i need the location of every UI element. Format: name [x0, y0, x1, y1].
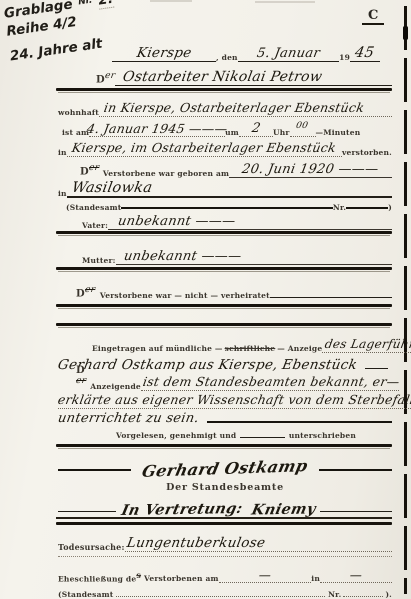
scan-artifact: [255, 1, 315, 3]
father-row: Vater: unbekannt ———: [82, 210, 392, 230]
birth-place-row: in Wasilowka: [58, 176, 392, 198]
residence-row: wohnhaft in Kierspe, Ostarbeiterlager Eb…: [58, 97, 392, 117]
death-hour: 2: [250, 121, 261, 136]
deputy-signature: Kniemy: [246, 500, 321, 518]
birth-date: 20. Juni 1920 ———: [241, 162, 380, 177]
unterschrieben-label: unterschrieben: [289, 431, 356, 440]
deputy-signature-row: In Vertretung: Kniemy: [58, 492, 392, 518]
blank-line: [270, 297, 392, 298]
birth-row: Der Verstorbene war geboren am 20. Juni …: [80, 158, 392, 178]
section-rule-echo: [58, 235, 390, 236]
deceased-name-row: Der Ostarbeiter Nikolai Petrow: [96, 62, 392, 86]
dateline-row: Kierspe , den 5. Januar 19 45: [112, 38, 380, 62]
in-label: in: [311, 574, 320, 583]
death-place-row: in Kierspe, im Ostarbeiterlager Ebenstüc…: [58, 137, 392, 157]
residence-label: wohnhaft: [58, 108, 99, 117]
paren-close: ).: [385, 590, 392, 599]
age-note: 24. Jahre alt: [9, 33, 120, 64]
minuten-label: —Minuten: [316, 128, 361, 137]
section-rule: [56, 267, 392, 270]
blank-line: [365, 368, 388, 369]
blank-line: [319, 469, 392, 471]
informer-name-row: Gerhard Ostkamp aus Kierspe, Ebenstück: [58, 351, 392, 373]
section-rule: [56, 444, 392, 447]
section-rule-echo: [58, 308, 390, 309]
cause-value: Lungentuberkulose: [125, 535, 266, 551]
section-rule: [56, 323, 392, 326]
known-statement-2: erklärte aus eigener Wissenschaft von de…: [57, 392, 411, 407]
mother-value: unbekannt ———: [122, 249, 242, 264]
known-statement-3: unterrichtet zu sein.: [57, 411, 201, 426]
section-rule: [56, 304, 392, 307]
registrar-title-row: Der Standesbeamte: [58, 479, 392, 493]
mother-row: Mutter: unbekannt ———: [82, 245, 392, 265]
cause-of-death-row: Todesursache: Lungentuberkulose: [58, 530, 392, 552]
article-ending: er: [104, 71, 116, 81]
cause-label: Todesursache:: [58, 542, 125, 552]
article-ending: er: [84, 285, 96, 295]
empty-guide-line: [58, 556, 392, 557]
statement-row: unterrichtet zu sein.: [58, 406, 392, 426]
blank-line: [240, 437, 284, 438]
blank-line: [121, 207, 332, 209]
marriage-rest-label: Verstorbenen am: [144, 574, 219, 583]
scan-edge-line: [404, 6, 407, 594]
known-statement-1: ist dem Standesbeamten bekannt, er—: [142, 374, 401, 389]
marriage-blank-dash: —: [258, 568, 273, 582]
page-letter: C: [362, 8, 384, 25]
verstorben-label: verstorben.: [342, 148, 392, 157]
blank-line: [116, 596, 325, 597]
birth-place: Wasilowka: [70, 180, 153, 196]
declarant-row: Der Anzeigende ist dem Standesbeamten be…: [76, 371, 392, 391]
deceased-name: Ostarbeiter Nikolai Petrow: [121, 69, 323, 85]
section-rule: [56, 231, 392, 234]
section-rule-echo: [58, 327, 390, 328]
section-rule-echo: [58, 92, 390, 93]
mother-label: Mutter:: [82, 256, 116, 265]
dateline-den-label: , den: [216, 53, 238, 62]
scan-edge-mark: [403, 26, 408, 40]
article-ending: er: [75, 376, 87, 386]
dateline-date: 5. Januar: [256, 46, 322, 61]
father-value: unbekannt ———: [117, 214, 237, 229]
blank-line: [58, 469, 131, 471]
nr-label: Nr.: [328, 590, 341, 599]
section-rule-echo: [58, 448, 390, 449]
in-label: in: [58, 189, 67, 198]
marriage-blank-dash: —: [349, 568, 364, 582]
blank-line: [346, 207, 388, 209]
death-time-row: ist am 4. Januar 1945 ——— um 2 Uhr 00 —M…: [62, 117, 392, 137]
section-rule: [56, 517, 392, 519]
blank-line: [320, 511, 392, 512]
marital-row: Der Verstorbene war — nicht — verheirate…: [76, 284, 392, 300]
marriage-row: Eheschließung des Verstorbenen am — in —: [58, 567, 392, 583]
uhr-label: Uhr: [273, 128, 290, 137]
marital-label: Verstorbene war — nicht — verheiratet: [100, 291, 270, 300]
death-date: 4. Januar 1945 ———: [86, 121, 229, 136]
in-label: in: [58, 148, 67, 157]
death-minutes: 00: [296, 121, 310, 131]
standesamt-label: (Standesamt: [58, 590, 113, 599]
blank-line: [58, 511, 116, 512]
dateline-year: 45: [354, 45, 376, 61]
marriage-label: Eheschließung des: [58, 570, 141, 584]
blank-line: [207, 421, 392, 423]
section-rule-echo: [58, 271, 390, 272]
vorgelesen-label: Vorgelesen, genehmigt und: [116, 431, 236, 440]
dateline-century: 19: [339, 53, 350, 62]
dateline-place: Kierspe: [135, 45, 192, 61]
article-d: Der: [76, 285, 95, 300]
residence-value: in Kierspe, Ostarbeiterlager Ebenstück: [103, 100, 366, 115]
signature-row: Gerhard Ostkamp: [58, 452, 392, 478]
attestation-row: Vorgelesen, genehmigt und unterschrieben: [116, 426, 356, 440]
report-row: Eingetragen auf mündliche — schriftliche…: [92, 333, 392, 353]
article-d: Der: [96, 71, 115, 86]
article-ending: er: [88, 163, 100, 173]
article-d: Der: [76, 365, 86, 391]
section-rule: [56, 88, 392, 91]
death-place: Kierspe, im Ostarbeiterlager Ebenstück: [70, 140, 337, 155]
blank-line: [343, 596, 383, 597]
ending-mark: s: [136, 570, 141, 580]
signature-informer: Gerhard Ostkamp: [128, 456, 321, 482]
father-label: Vater:: [82, 221, 108, 230]
registry-bottom-row: (Standesamt Nr. ).: [58, 586, 392, 599]
death-record-scan: Grablage Nr. 2. Reihe 4/2 24. Jahre alt …: [0, 0, 411, 599]
informer-role: des Lagerführers: [324, 337, 411, 351]
grave-nr-label: Nr.: [78, 0, 93, 7]
section-rule: [56, 522, 392, 525]
margin-notes: Grablage Nr. 2. Reihe 4/2 24. Jahre alt: [3, 0, 120, 64]
scan-artifact: [150, 0, 192, 2]
